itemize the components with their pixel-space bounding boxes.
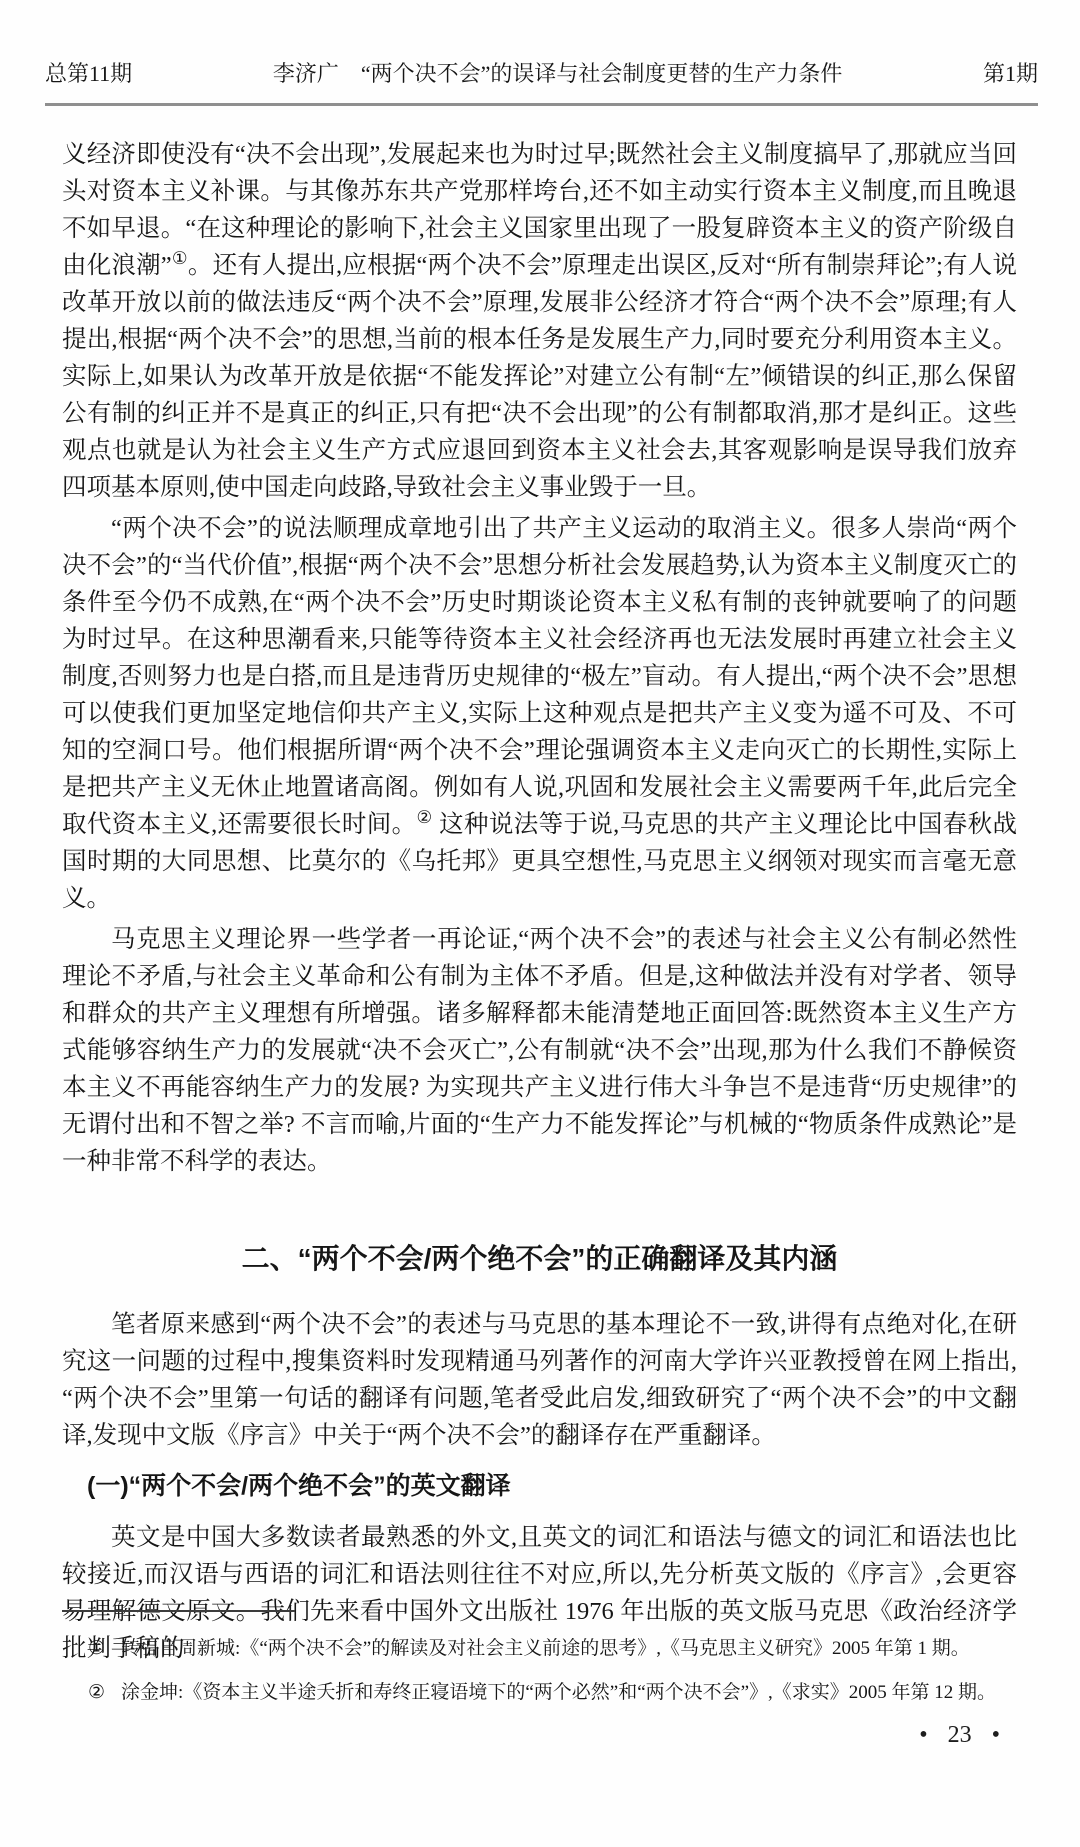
header-issue-total: 总第11期 — [45, 60, 132, 88]
footnote-1: ① 转引自周新城:《“两个决不会”的解读及对社会主义前途的思考》,《马克思主义研… — [62, 1634, 1017, 1664]
footnotes-block: ① 转引自周新城:《“两个决不会”的解读及对社会主义前途的思考》,《马克思主义研… — [62, 1610, 1017, 1722]
footnote-separator-rule — [62, 1610, 295, 1612]
footnote-2: ② 涂金坤:《资本主义半途夭折和寿终正寝语境下的“两个必然”和“两个决不会”》,… — [62, 1678, 1017, 1708]
section-heading: 二、“两个不会/两个绝不会”的正确翻译及其内涵 — [62, 1238, 1017, 1280]
running-header: 总第11期 李济广 “两个决不会”的误译与社会制度更替的生产力条件 第1期 — [45, 60, 1038, 106]
page-number: • 23 • — [919, 1720, 1000, 1750]
header-running-title: 李济广 “两个决不会”的误译与社会制度更替的生产力条件 — [132, 60, 983, 88]
footnote-1-text: 转引自周新城:《“两个决不会”的解读及对社会主义前途的思考》,《马克思主义研究》… — [121, 1634, 1017, 1664]
subsection-heading: (一)“两个不会/两个绝不会”的英文翻译 — [62, 1468, 1017, 1504]
paragraph-2: “两个决不会”的说法顺理成章地引出了共产主义运动的取消主义。很多人崇尚“两个决不… — [62, 510, 1017, 917]
header-issue-number: 第1期 — [983, 60, 1038, 88]
footnote-2-marker: ② — [88, 1678, 105, 1708]
paragraph-1: 义经济即使没有“决不会出现”,发展起来也为时过早;既然社会主义制度搞早了,那就应… — [62, 136, 1017, 506]
paragraph-4: 笔者原来感到“两个决不会”的表述与马克思的基本理论不一致,讲得有点绝对化,在研究… — [62, 1306, 1017, 1454]
journal-page: 总第11期 李济广 “两个决不会”的误译与社会制度更替的生产力条件 第1期 义经… — [0, 0, 1080, 1847]
footnote-2-text: 涂金坤:《资本主义半途夭折和寿终正寝语境下的“两个必然”和“两个决不会”》,《求… — [121, 1678, 1017, 1708]
footnote-1-marker: ① — [88, 1634, 105, 1664]
paragraph-3: 马克思主义理论界一些学者一再论证,“两个决不会”的表述与社会主义公有制必然性理论… — [62, 921, 1017, 1180]
article-body: 义经济即使没有“决不会出现”,发展起来也为时过早;既然社会主义制度搞早了,那就应… — [62, 136, 1017, 1671]
